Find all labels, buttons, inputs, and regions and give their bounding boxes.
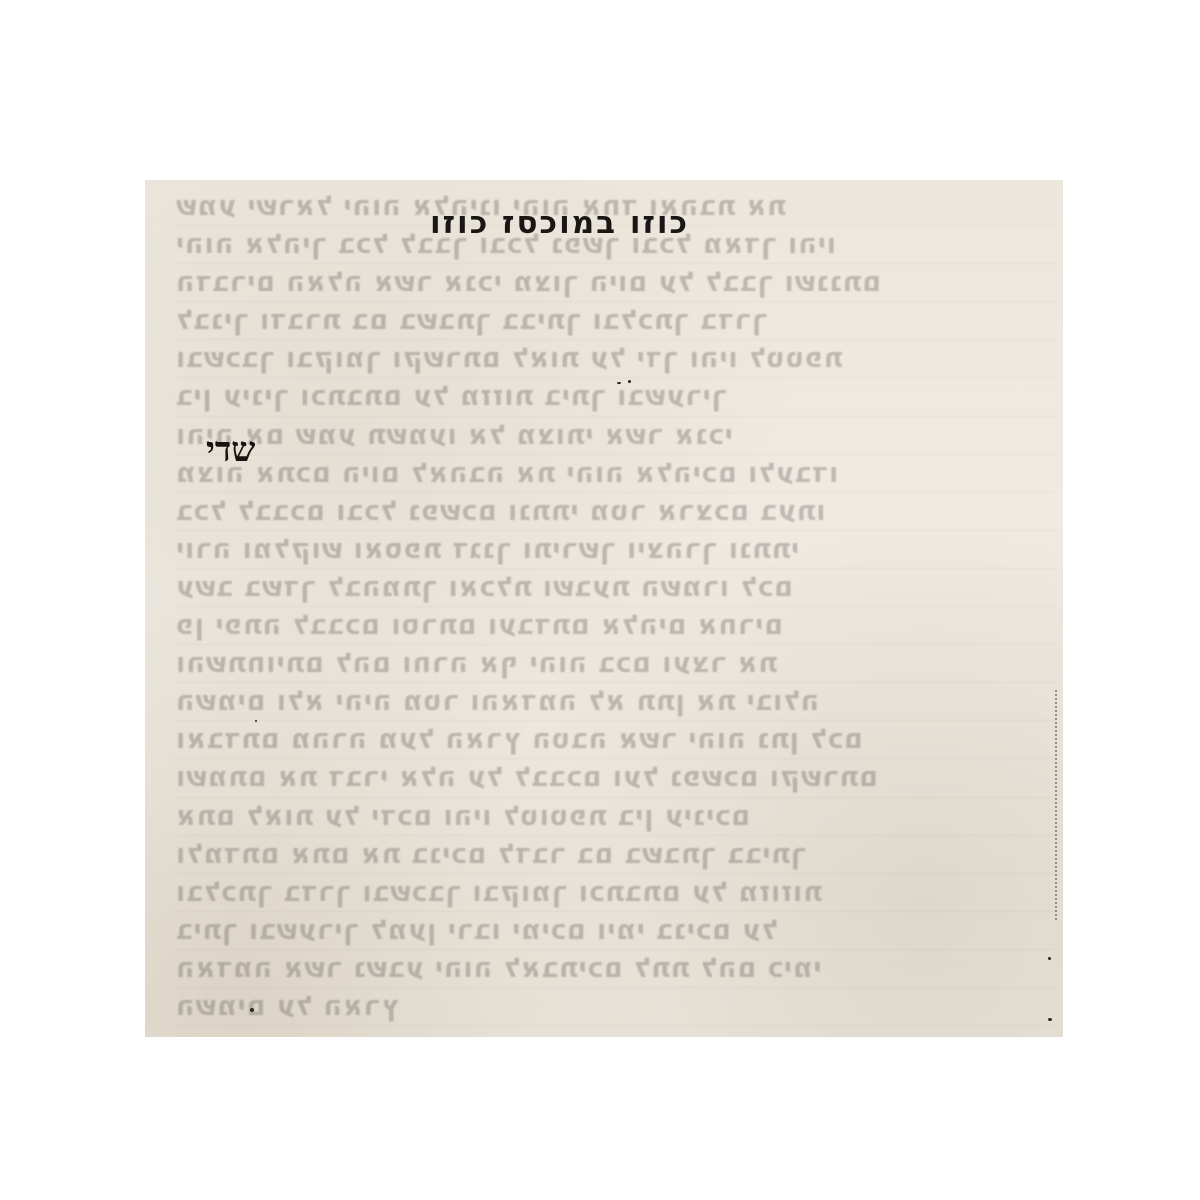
mezuzah-parchment: שמע ישראל יהוה אלהינו יהוה אחד ואהבת את …	[145, 180, 1063, 1037]
ghost-line: אתם לאות על ידכם והיו לטוטפת בין עיניכם	[175, 798, 1055, 836]
ghost-line: ביתך ובשעריך למען ירבו ימיכם וימי בניכם …	[175, 912, 1055, 950]
ink-speck	[255, 720, 257, 722]
ghost-line: ואבדתם מהרה מעל הארץ הטבה אשר יהוה נתן ל…	[175, 721, 1055, 759]
shaddai-inscription: שדי	[206, 427, 326, 473]
ghost-line: ושמתם את דברי אלה על לבבכם ועל נפשכם וקש…	[175, 759, 1055, 797]
ghost-line: בכל לבבכם ובכל נפשכם ונתתי מטר ארצכם בעת…	[175, 493, 1055, 531]
ghost-line: בין עיניך וכתבתם על מזזות ביתך ובשעריך	[175, 378, 1055, 416]
ghost-line: פן יפתה לבבכם וסרתם ועבדתם אלהים אחרים	[175, 607, 1055, 645]
ghost-line: יורה ומלקוש ואספת דגנך ותירשך ויצהרך ונת…	[175, 531, 1055, 569]
ghost-line: השמים על הארץ	[175, 988, 1055, 1026]
ink-speck	[1048, 1018, 1052, 1021]
ghost-line: ובשכבך ובקומך וקשרתם לאות על ידך והיו לט…	[175, 340, 1055, 378]
ghost-line: עשב בשדך לבהמתך ואכלת ושבעת השמרו לכם	[175, 569, 1055, 607]
ghost-line: השמים ולא יהיה מטר והאדמה לא תתן את יבול…	[175, 683, 1055, 721]
kabbalistic-name-inscription: כוזו במוכסז כוזו	[430, 203, 740, 243]
ghost-line: לבניך ודברת בם בשבתך בביתך ובלכתך בדרך	[175, 302, 1055, 340]
ink-speck	[628, 380, 631, 383]
ink-speck	[1048, 957, 1051, 960]
ink-speck	[617, 382, 621, 384]
ink-speck	[250, 1008, 254, 1012]
ghost-line: הדברים האלה אשר אנכי מצוך היום על לבבך ו…	[175, 264, 1055, 302]
ghost-line: ובלכתך בדרך ובשכבך ובקומך וכתבתם על מזוז…	[175, 874, 1055, 912]
ghost-line: האדמה אשר נשבע יהוה לאבתיכם לתת להם כימי	[175, 950, 1055, 988]
mirrored-ghost-text: שמע ישראל יהוה אלהינו יהוה אחד ואהבת את …	[175, 188, 1055, 1026]
ghost-line: והשתחויתם להם וחרה אף יהוה בכם ועצר את	[175, 645, 1055, 683]
ghost-line: ולמדתם אתם את בניכם לדבר בם בשבתך בביתך	[175, 836, 1055, 874]
edge-ink-marks	[1055, 690, 1059, 920]
